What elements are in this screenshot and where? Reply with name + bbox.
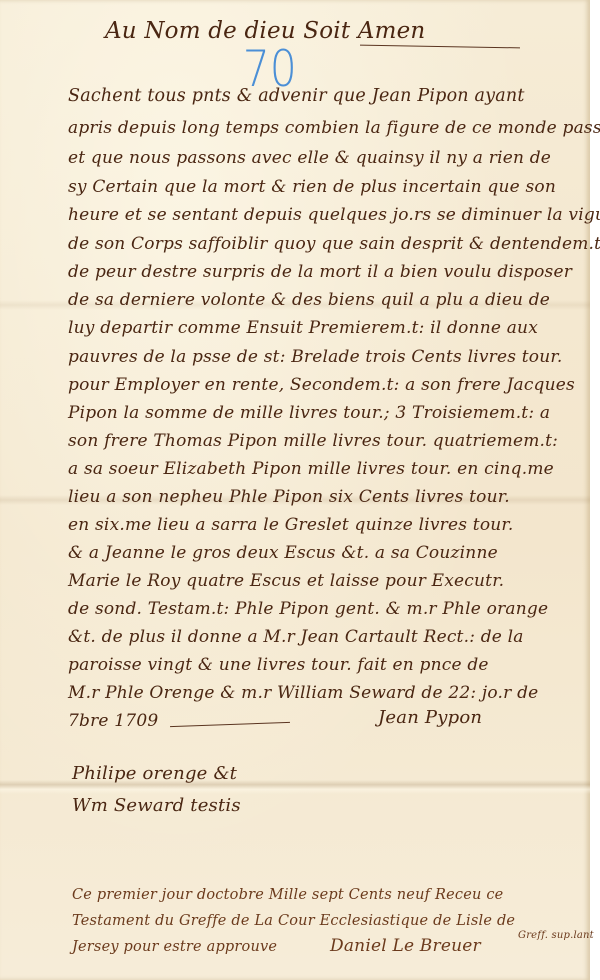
endorsement-line: Testament du Greffe de La Cour Ecclesias… bbox=[72, 913, 515, 929]
body-line: a sa soeur Elizabeth Pipon mille livres … bbox=[68, 459, 554, 479]
body-line: & a Jeanne le gros deux Escus &t. a sa C… bbox=[68, 543, 498, 563]
body-line: apris depuis long temps combien la figur… bbox=[68, 118, 600, 138]
body-line: de sond. Testam.t: Phle Pipon gent. & m.… bbox=[68, 599, 548, 619]
body-line: de sa derniere volonte & des biens quil … bbox=[68, 290, 550, 310]
body-line: et que nous passons avec elle & quainsy … bbox=[68, 148, 551, 168]
body-line: Marie le Roy quatre Escus et laisse pour… bbox=[68, 571, 504, 591]
body-line: sy Certain que la mort & rien de plus in… bbox=[68, 177, 556, 197]
witness-signature: Wm Seward testis bbox=[72, 795, 241, 816]
body-line: en six.me lieu a sarra le Greslet quinze… bbox=[68, 515, 513, 535]
endorsement-line: Ce premier jour doctobre Mille sept Cent… bbox=[72, 887, 503, 903]
registrar-signature: Daniel Le Breuer bbox=[330, 936, 481, 956]
body-line: heure et se sentant depuis quelques jo.r… bbox=[68, 205, 600, 225]
body-line: de peur destre surpris de la mort il a b… bbox=[68, 262, 572, 282]
body-line: son frere Thomas Pipon mille livres tour… bbox=[68, 431, 558, 451]
body-line: Pipon la somme de mille livres tour.; 3 … bbox=[68, 403, 550, 423]
body-line: M.r Phle Orenge & m.r William Seward de … bbox=[68, 683, 538, 703]
body-line: Sachent tous pnts & advenir que Jean Pip… bbox=[68, 86, 525, 106]
testator-signature: Jean Pypon bbox=[378, 707, 482, 728]
body-line: paroisse vingt & une livres tour. fait e… bbox=[68, 655, 489, 675]
body-line: pour Employer en rente, Secondem.t: a so… bbox=[68, 375, 575, 395]
date-line: 7bre 1709 bbox=[68, 711, 158, 731]
body-line: pauvres de la psse de st: Brelade trois … bbox=[68, 347, 562, 367]
body-line: de son Corps saffoiblir quoy que sain de… bbox=[68, 234, 600, 254]
body-line: &t. de plus il donne a M.r Jean Cartault… bbox=[68, 627, 524, 647]
witness-signature: Philipe orenge &t bbox=[72, 763, 237, 784]
body-line: lieu a son nepheu Phle Pipon six Cents l… bbox=[68, 487, 510, 507]
endorsement-line: Jersey pour estre approuve bbox=[72, 939, 277, 955]
registrar-title: Greff. sup.lant bbox=[518, 930, 594, 941]
body-line: luy departir comme Ensuit Premierem.t: i… bbox=[68, 318, 538, 338]
